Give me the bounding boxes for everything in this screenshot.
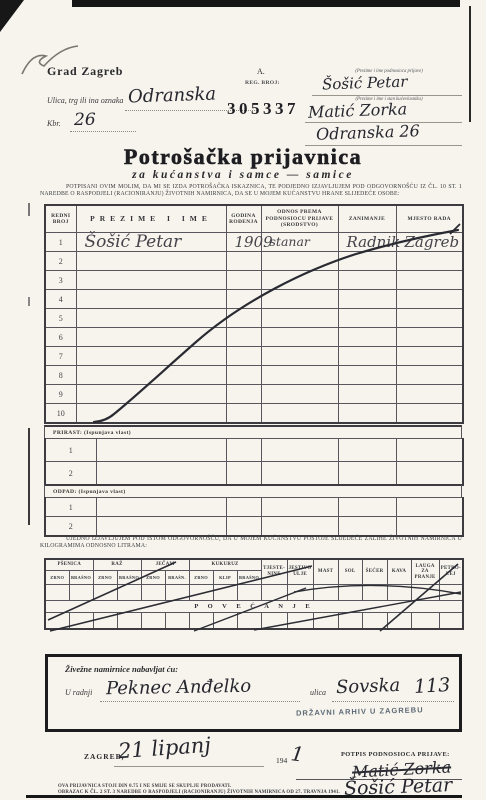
supplies-group-header: RAŽ bbox=[93, 559, 141, 571]
row-number-cell: 7 bbox=[45, 347, 76, 366]
household-table-row: 4 bbox=[45, 290, 463, 309]
empty-cell bbox=[96, 462, 226, 486]
occupation-cell bbox=[338, 309, 396, 328]
supplies-value-cell bbox=[261, 613, 287, 630]
col-header-mjesto-rada: MJESTO RADA bbox=[396, 205, 463, 233]
supplies-value-cell bbox=[93, 613, 117, 630]
name-cell bbox=[76, 385, 226, 404]
house-no-label: Kbr. bbox=[47, 119, 61, 128]
form-subtitle: za kućanstva i samce — samice bbox=[0, 169, 486, 181]
row-number-cell: 8 bbox=[45, 366, 76, 385]
supplies-value-cell bbox=[338, 613, 362, 630]
supplies-value-cell bbox=[261, 585, 287, 601]
year-cell bbox=[226, 385, 261, 404]
empty-cell bbox=[261, 517, 338, 537]
col-header-prezime-ime: PREZIME I IME bbox=[76, 205, 226, 233]
scan-edge-top bbox=[72, 0, 460, 7]
empty-cell bbox=[338, 462, 396, 486]
supplies-value-cell bbox=[213, 613, 237, 630]
name-cell bbox=[76, 271, 226, 290]
odpad-row: 2 bbox=[45, 517, 463, 537]
owner-address-handwritten: Odranska 26 bbox=[316, 121, 420, 144]
row-number-cell: 2 bbox=[45, 517, 96, 537]
supplies-value-cell bbox=[117, 613, 141, 630]
supplies-group-header: JESTIVO ULJE bbox=[287, 559, 313, 585]
place-cell bbox=[396, 347, 463, 366]
empty-cell bbox=[226, 439, 261, 462]
year-cell bbox=[226, 252, 261, 271]
row-number-cell: 3 bbox=[45, 271, 76, 290]
supplies-value-cell bbox=[338, 585, 362, 601]
shop-street-no-handwritten: 113 bbox=[413, 674, 450, 698]
supplies-value-cell bbox=[411, 613, 439, 630]
supplies-group-header: KAVA bbox=[387, 559, 411, 585]
purchase-box: Živežne namirnice nabavljat ću: U radnji… bbox=[45, 654, 462, 732]
supplies-sub-header: BRAŠNO bbox=[237, 571, 261, 585]
place-cell bbox=[396, 271, 463, 290]
col-header-zanimanje: ZANIMANJE bbox=[338, 205, 396, 233]
place-cell bbox=[396, 309, 463, 328]
supplies-group-header: PETRO-LEJ bbox=[439, 559, 463, 585]
supplies-value-cell bbox=[287, 585, 313, 601]
supplies-group-header: TJESTE-NINE bbox=[261, 559, 287, 585]
year-printed: 194 bbox=[276, 756, 287, 765]
shop-street-handwritten: Sovska bbox=[336, 675, 401, 698]
odpad-row: 1 bbox=[45, 498, 463, 517]
supplies-sub-header: ZRNO bbox=[45, 571, 69, 585]
household-table-row: 5 bbox=[45, 309, 463, 328]
household-table-row: 10 bbox=[45, 404, 463, 424]
household-table-row: 6 bbox=[45, 328, 463, 347]
empty-cell bbox=[261, 462, 338, 486]
supplies-group-header: JEČAM bbox=[141, 559, 189, 571]
city-name: Grad Zagreb bbox=[47, 64, 123, 79]
place-cell bbox=[396, 385, 463, 404]
occupation-cell bbox=[338, 290, 396, 309]
supplies-group-header: MAST bbox=[313, 559, 338, 585]
place-cell bbox=[396, 404, 463, 424]
empty-cell bbox=[96, 517, 226, 537]
form-title: Potrošačka prijavnica bbox=[0, 144, 486, 170]
prirast-row: 2 bbox=[45, 462, 463, 486]
empty-cell bbox=[396, 517, 463, 537]
supplies-value-cell bbox=[237, 613, 261, 630]
household-table-row: 9 bbox=[45, 385, 463, 404]
row-number-cell: 9 bbox=[45, 385, 76, 404]
scan-edge-right bbox=[469, 6, 471, 122]
supplies-sub-header: ZRNO bbox=[141, 571, 165, 585]
name-cell: Šošić Petar bbox=[76, 233, 226, 252]
supplies-value-row bbox=[45, 585, 463, 601]
povecanje-band-label: P O V E Ć A N J E bbox=[45, 601, 463, 613]
table-header-row: REDNI BROJ PREZIME I IME GODINA ROĐENJA … bbox=[45, 205, 463, 233]
empty-cell bbox=[261, 498, 338, 517]
shop-street-underline bbox=[332, 701, 454, 702]
year-cell bbox=[226, 290, 261, 309]
relation-cell bbox=[261, 347, 338, 366]
name-cell bbox=[76, 252, 226, 271]
household-table-row: 3 bbox=[45, 271, 463, 290]
row-number-cell: 2 bbox=[45, 252, 76, 271]
occupation-cell: Radnik bbox=[338, 233, 396, 252]
supplies-value-cell bbox=[387, 613, 411, 630]
supplies-table: PŠENICARAŽJEČAMKUKURUZTJESTE-NINEJESTIVO… bbox=[44, 558, 464, 630]
place-cell bbox=[396, 290, 463, 309]
occupation-cell bbox=[338, 271, 396, 290]
supplies-sub-header: BRAŠN. bbox=[165, 571, 189, 585]
scanned-form-page: Grad Zagreb Ulica, trg ili ina oznaka Od… bbox=[0, 0, 486, 800]
supplies-value-cell bbox=[213, 585, 237, 601]
supplies-value-cell bbox=[69, 585, 93, 601]
supplies-value-cell bbox=[439, 585, 463, 601]
odpad-table-body: 12 bbox=[45, 498, 463, 537]
supplies-sub-header: ZRNO bbox=[189, 571, 213, 585]
fine-print-line2: OBRAZAC K ČL. 2 ST. 3 NAREDBE O RASPODJE… bbox=[58, 790, 340, 796]
empty-cell bbox=[226, 517, 261, 537]
street-value-handwritten: Odranska bbox=[128, 83, 217, 107]
house-no-handwritten: 26 bbox=[74, 110, 96, 130]
supplies-value-cell bbox=[439, 613, 463, 630]
supplies-value-cell bbox=[313, 585, 338, 601]
row-number-cell: 1 bbox=[45, 498, 96, 517]
supplies-value-cell bbox=[165, 613, 189, 630]
purchase-heading: Živežne namirnice nabavljat ću: bbox=[65, 664, 178, 674]
col-header-redni-broj: REDNI BROJ bbox=[45, 205, 76, 233]
supplies-sub-header: ZRNO bbox=[93, 571, 117, 585]
year-cell: 1909 bbox=[226, 233, 261, 252]
empty-cell bbox=[338, 498, 396, 517]
date-underline bbox=[114, 766, 264, 767]
household-members-table: REDNI BROJ PREZIME I IME GODINA ROĐENJA … bbox=[44, 204, 464, 424]
scan-edge-left bbox=[28, 428, 30, 525]
date-handwritten: 21 lipanj bbox=[117, 733, 211, 763]
supplies-sub-header: KLIP bbox=[213, 571, 237, 585]
household-table-row: 2 bbox=[45, 252, 463, 271]
occupation-cell bbox=[338, 385, 396, 404]
empty-cell bbox=[226, 498, 261, 517]
row-number-cell: 4 bbox=[45, 290, 76, 309]
year-cell bbox=[226, 309, 261, 328]
row-number-cell: 1 bbox=[45, 439, 96, 462]
supplies-group-header: SOL bbox=[338, 559, 362, 585]
archive-stamp: DRŽAVNI ARHIV U ZAGREBU bbox=[296, 705, 424, 717]
reg-number-label: REG. BROJ: bbox=[245, 80, 280, 86]
supplies-value-cell bbox=[387, 585, 411, 601]
street-label: Ulica, trg ili ina oznaka bbox=[47, 96, 123, 105]
section-letter: A. bbox=[257, 67, 265, 76]
occupation-cell bbox=[338, 404, 396, 424]
povecanje-band-row: P O V E Ć A N J E bbox=[45, 601, 463, 613]
scan-corner-top-left bbox=[0, 0, 24, 32]
row-number-cell: 5 bbox=[45, 309, 76, 328]
empty-cell bbox=[338, 439, 396, 462]
row-number-cell: 10 bbox=[45, 404, 76, 424]
name-cell bbox=[76, 309, 226, 328]
house-no-underline bbox=[70, 131, 136, 132]
relation-cell bbox=[261, 328, 338, 347]
supplies-value-cell bbox=[362, 613, 387, 630]
supplies-declaration-paragraph: UJEDNO IZJAVLJUJEM POD ISTOM ODGOVORNOŠĆ… bbox=[40, 536, 462, 550]
supplies-value-cell bbox=[141, 613, 165, 630]
shop-name-handwritten: Peknec Anđelko bbox=[106, 676, 252, 700]
place-cell bbox=[396, 328, 463, 347]
name-cell bbox=[76, 347, 226, 366]
row-number-cell: 1 bbox=[45, 233, 76, 252]
applicant-underline bbox=[312, 95, 462, 96]
scan-mark-left-upper bbox=[28, 203, 30, 216]
year-cell bbox=[226, 366, 261, 385]
col-header-godina: GODINA ROĐENJA bbox=[226, 205, 261, 233]
applicant-name-handwritten: Šošić Petar bbox=[322, 73, 408, 94]
relation-cell bbox=[261, 290, 338, 309]
street-field-label: ulica bbox=[310, 688, 326, 697]
occupation-cell bbox=[338, 252, 396, 271]
empty-cell bbox=[396, 439, 463, 462]
supplies-value-cell bbox=[237, 585, 261, 601]
supplies-value-cell bbox=[117, 585, 141, 601]
prirast-table-body: 12 bbox=[45, 439, 463, 486]
odpad-table: 12 bbox=[44, 497, 464, 537]
name-cell bbox=[76, 328, 226, 347]
supplies-value-cell bbox=[313, 613, 338, 630]
prirast-row: 1 bbox=[45, 439, 463, 462]
declaration-paragraph: POTPISANI OVIM MOLIM, DA MI SE IZDA POTR… bbox=[40, 184, 462, 198]
occupation-cell bbox=[338, 366, 396, 385]
name-cell bbox=[76, 404, 226, 424]
owner-name-handwritten: Matić Zorka bbox=[308, 99, 408, 121]
col-header-odnos: ODNOS PREMA PODNOSIOCU PRIJAVE (SRODSTVO… bbox=[261, 205, 338, 233]
signature-label: POTPIS PODNOSIOCA PRIJAVE: bbox=[341, 751, 450, 758]
supplies-value-cell bbox=[189, 585, 213, 601]
year-cell bbox=[226, 347, 261, 366]
empty-cell bbox=[396, 498, 463, 517]
row-number-cell: 2 bbox=[45, 462, 96, 486]
empty-cell bbox=[226, 462, 261, 486]
supplies-sub-header: BRAŠNO bbox=[69, 571, 93, 585]
supplies-value-cell bbox=[411, 585, 439, 601]
place-cell bbox=[396, 252, 463, 271]
supplies-value-cell bbox=[165, 585, 189, 601]
year-cell bbox=[226, 271, 261, 290]
supplies-value-cell bbox=[287, 613, 313, 630]
relation-cell bbox=[261, 385, 338, 404]
relation-cell: stanar bbox=[261, 233, 338, 252]
supplies-value-cell bbox=[93, 585, 117, 601]
prirast-section-label: PRIRAST: (Ispunjava vlast) bbox=[44, 425, 462, 439]
empty-cell bbox=[96, 439, 226, 462]
scan-mark-left-mid bbox=[28, 297, 30, 306]
empty-cell bbox=[396, 462, 463, 486]
supplies-value-cell bbox=[45, 613, 69, 630]
supplies-value-cell bbox=[45, 585, 69, 601]
supplies-group-header-row: PŠENICARAŽJEČAMKUKURUZTJESTE-NINEJESTIVO… bbox=[45, 559, 463, 571]
main-table-body: 1Šošić Petar1909stanarRadnikZagreb234567… bbox=[45, 233, 463, 424]
occupation-cell bbox=[338, 347, 396, 366]
supplies-group-header: KUKURUZ bbox=[189, 559, 261, 571]
place-cell bbox=[396, 366, 463, 385]
relation-cell bbox=[261, 271, 338, 290]
supplies-value-cell bbox=[141, 585, 165, 601]
supplies-value-cell bbox=[189, 613, 213, 630]
year-cell bbox=[226, 328, 261, 347]
supplies-value-cell bbox=[69, 613, 93, 630]
shop-label: U radnji bbox=[65, 688, 92, 697]
relation-cell bbox=[261, 252, 338, 271]
name-cell bbox=[76, 366, 226, 385]
household-table-row: 7 bbox=[45, 347, 463, 366]
household-table-row: 8 bbox=[45, 366, 463, 385]
supplies-value-row bbox=[45, 613, 463, 630]
supplies-group-header: PŠENICA bbox=[45, 559, 93, 571]
year-digit-handwritten: 1 bbox=[289, 741, 305, 767]
odpad-section-label: ODPAD: (Ispunjava vlast) bbox=[44, 484, 462, 498]
relation-cell bbox=[261, 404, 338, 424]
supplies-value-cell bbox=[362, 585, 387, 601]
supplies-sub-header: BRAŠNO bbox=[117, 571, 141, 585]
signature-handwritten: Šošić Petar bbox=[344, 774, 453, 800]
shop-underline bbox=[100, 701, 300, 702]
household-table-row: 1Šošić Petar1909stanarRadnikZagreb bbox=[45, 233, 463, 252]
relation-cell bbox=[261, 366, 338, 385]
reg-number-value: 305337 bbox=[227, 99, 299, 119]
year-cell bbox=[226, 404, 261, 424]
supplies-group-header: ŠEĆER bbox=[362, 559, 387, 585]
empty-cell bbox=[261, 439, 338, 462]
place-cell: Zagreb bbox=[396, 233, 463, 252]
name-cell bbox=[76, 290, 226, 309]
supplies-group-header: LAUGA ZA PRANJE bbox=[411, 559, 439, 585]
relation-cell bbox=[261, 309, 338, 328]
prirast-table: 12 bbox=[44, 438, 464, 486]
empty-cell bbox=[338, 517, 396, 537]
empty-cell bbox=[96, 498, 226, 517]
occupation-cell bbox=[338, 328, 396, 347]
row-number-cell: 6 bbox=[45, 328, 76, 347]
